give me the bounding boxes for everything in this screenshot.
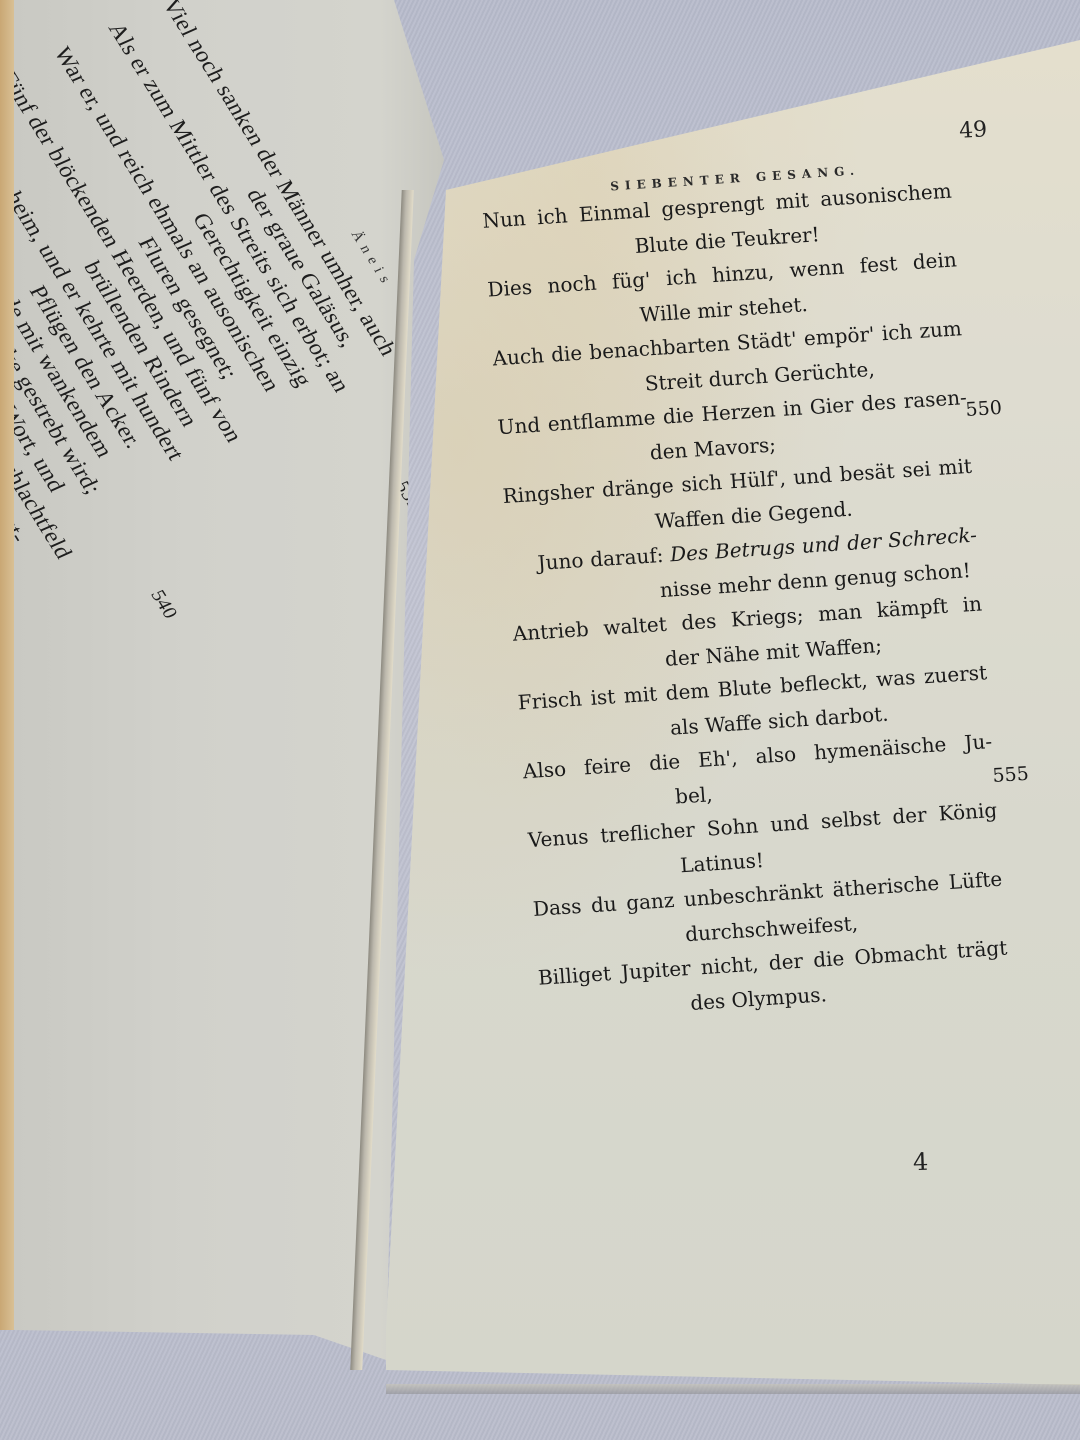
page-number: 49	[958, 113, 988, 149]
left-page-text: Äneis Viel noch sanken der Männer umher,…	[14, 0, 444, 1218]
verse-continuation-text: den Mavors;	[649, 432, 777, 464]
right-page-text: SIEBENTER GESANG. 49 Nun ich Einmal gesp…	[478, 126, 1061, 1029]
page-block-edge	[386, 1384, 1080, 1394]
speaker-intro: Juno darauf:	[537, 542, 671, 575]
line-number: 555	[991, 756, 1030, 793]
signature-mark: 4	[913, 1148, 929, 1177]
verse-continuation-text: bel,	[674, 782, 713, 808]
line-number: 550	[964, 390, 1003, 427]
